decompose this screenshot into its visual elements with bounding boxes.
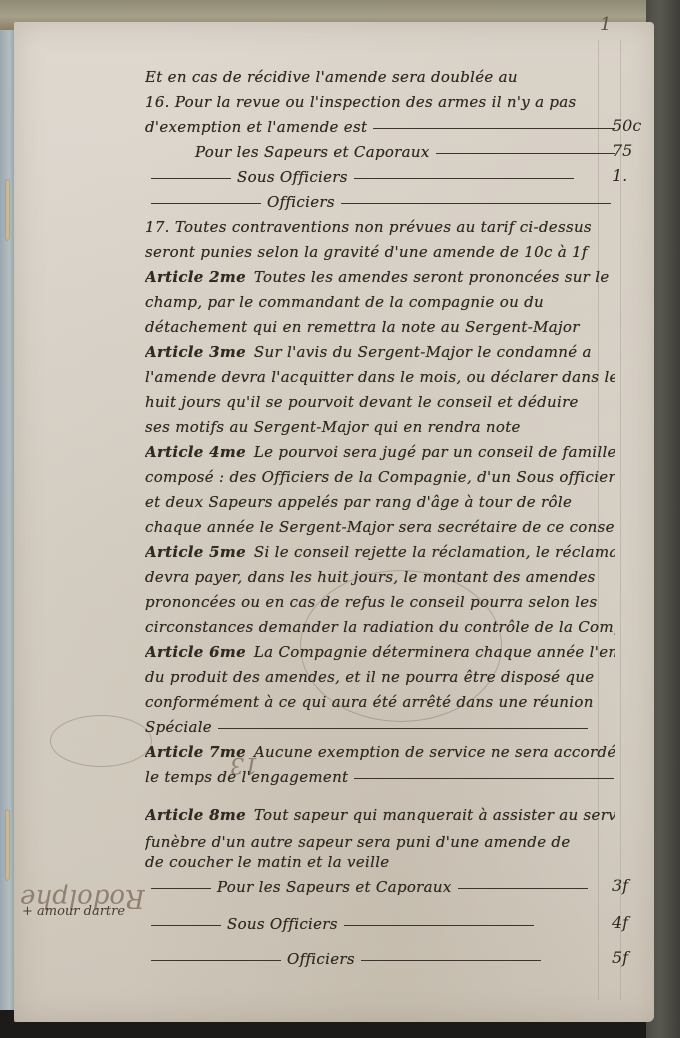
article-line: Article 5meSi le conseil rejette la récl…	[145, 543, 615, 565]
text-line: 16. Pour la revue ou l'inspection des ar…	[145, 93, 615, 115]
line-text: le temps de l'engagement	[145, 768, 348, 786]
line-text: Sous Officiers	[227, 915, 338, 933]
article-line: Article 7meAucune exemption de service n…	[145, 743, 615, 765]
text-line: Pour les Sapeurs et Caporaux	[145, 878, 615, 900]
fine-amount: 4f	[612, 913, 652, 932]
line-text: huit jours qu'il se pourvoit devant le c…	[145, 393, 579, 411]
text-line: prononcées ou en cas de refus le conseil…	[145, 593, 615, 615]
line-text: 16. Pour la revue ou l'inspection des ar…	[145, 93, 577, 111]
binding-stitch	[6, 180, 9, 240]
line-text: Et en cas de récidive l'amende sera doub…	[145, 68, 518, 86]
fine-amount: 50c	[612, 116, 652, 135]
text-line: Et en cas de récidive l'amende sera doub…	[145, 68, 615, 90]
line-text: circonstances demander la radiation du c…	[145, 618, 615, 636]
line-text: conformément à ce qui aura été arrêté da…	[145, 693, 594, 711]
leader-rule	[151, 925, 221, 926]
faint-stamp	[50, 715, 152, 767]
line-text: Officiers	[267, 193, 335, 211]
text-line: ses motifs au Sergent-Major qui en rendr…	[145, 418, 615, 440]
text-line: de coucher le matin et la veille	[145, 853, 615, 875]
fine-amount: 1.	[612, 166, 652, 185]
text-line: circonstances demander la radiation du c…	[145, 618, 615, 640]
text-line: et deux Sapeurs appelés par rang d'âge à…	[145, 493, 615, 515]
line-text: Le pourvoi sera jugé par un conseil de f…	[254, 443, 615, 461]
article-line: Article 4meLe pourvoi sera jugé par un c…	[145, 443, 615, 465]
line-text: du produit des amendes, et il ne pourra …	[145, 668, 594, 686]
line-text: Spéciale	[145, 718, 212, 736]
text-line: du produit des amendes, et il ne pourra …	[145, 668, 615, 690]
text-line: Spéciale	[145, 718, 615, 740]
line-text: et deux Sapeurs appelés par rang d'âge à…	[145, 493, 572, 511]
article-line: Article 2meToutes les amendes seront pro…	[145, 268, 615, 290]
leader-rule	[373, 128, 615, 129]
line-text: composé : des Officiers de la Compagnie,…	[145, 468, 615, 486]
text-line: d'exemption et l'amende est	[145, 118, 615, 140]
article-line: Article 3meSur l'avis du Sergent-Major l…	[145, 343, 615, 365]
text-line: Sous Officiers	[145, 915, 615, 937]
line-text: prononcées ou en cas de refus le conseil…	[145, 593, 597, 611]
line-text: Sous Officiers	[237, 168, 348, 186]
text-line: chaque année le Sergent-Major sera secré…	[145, 518, 615, 540]
leader-rule	[436, 153, 615, 154]
article-heading: Article 3me	[145, 343, 246, 361]
line-text: chaque année le Sergent-Major sera secré…	[145, 518, 615, 536]
line-text: Sur l'avis du Sergent-Major le condamné …	[254, 343, 592, 361]
leader-rule	[361, 960, 541, 961]
line-text: Si le conseil rejette la réclamation, le…	[254, 543, 615, 561]
article-heading: Article 7me	[145, 743, 246, 761]
leader-rule	[341, 203, 611, 204]
line-text: d'exemption et l'amende est	[145, 118, 367, 136]
leader-rule	[151, 888, 211, 889]
text-line: Pour les Sapeurs et Caporaux	[145, 143, 615, 165]
text-line: conformément à ce qui aura été arrêté da…	[145, 693, 615, 715]
article-line: Article 6meLa Compagnie déterminera chaq…	[145, 643, 615, 665]
line-text: Aucune exemption de service ne sera acco…	[254, 743, 615, 761]
article-heading: Article 2me	[145, 268, 246, 286]
leader-rule	[151, 203, 261, 204]
text-line: devra payer, dans les huit jours, le mon…	[145, 568, 615, 590]
leader-rule	[354, 178, 574, 179]
line-text: Toutes les amendes seront prononcées sur…	[254, 268, 610, 286]
text-line: Officiers	[145, 193, 615, 215]
article-line: Article 8meTout sapeur qui manquerait à …	[145, 806, 615, 828]
line-text: détachement qui en remettra la note au S…	[145, 318, 580, 336]
fine-amount: 75	[612, 141, 652, 160]
line-text: funèbre d'un autre sapeur sera puni d'un…	[145, 833, 571, 851]
text-line: seront punies selon la gravité d'une ame…	[145, 243, 615, 265]
text-line: funèbre d'un autre sapeur sera puni d'un…	[145, 833, 615, 855]
text-line: Sous Officiers	[145, 168, 615, 190]
line-text: Pour les Sapeurs et Caporaux	[217, 878, 452, 896]
line-text: 17. Toutes contraventions non prévues au…	[145, 218, 592, 236]
text-line: huit jours qu'il se pourvoit devant le c…	[145, 393, 615, 415]
article-heading: Article 5me	[145, 543, 246, 561]
text-line: le temps de l'engagement	[145, 768, 615, 790]
leader-rule	[151, 178, 231, 179]
line-text: Officiers	[287, 950, 355, 968]
line-text: l'amende devra l'acquitter dans le mois,…	[145, 368, 615, 386]
text-line: 17. Toutes contraventions non prévues au…	[145, 218, 615, 240]
line-text: Tout sapeur qui manquerait à assister au…	[254, 806, 615, 824]
line-text: champ, par le commandant de la compagnie…	[145, 293, 544, 311]
binding-stitch	[6, 810, 9, 880]
line-text: seront punies selon la gravité d'une ame…	[145, 243, 588, 261]
text-line: champ, par le commandant de la compagnie…	[145, 293, 615, 315]
leader-rule	[151, 960, 281, 961]
article-heading: Article 8me	[145, 806, 246, 824]
fine-amount: 5f	[612, 948, 652, 967]
text-line: composé : des Officiers de la Compagnie,…	[145, 468, 615, 490]
leader-rule	[458, 888, 588, 889]
fine-amount: 3f	[612, 876, 652, 895]
leader-rule	[218, 728, 588, 729]
margin-annotation: + amour dartre	[22, 904, 125, 919]
article-heading: Article 4me	[145, 443, 246, 461]
text-line: détachement qui en remettra la note au S…	[145, 318, 615, 340]
page-marker: 1	[600, 14, 611, 35]
line-text: de coucher le matin et la veille	[145, 853, 389, 871]
line-text: ses motifs au Sergent-Major qui en rendr…	[145, 418, 521, 436]
line-text: devra payer, dans les huit jours, le mon…	[145, 568, 596, 586]
line-text: La Compagnie déterminera chaque année l'…	[254, 643, 615, 661]
text-line: Officiers	[145, 950, 615, 972]
line-text: Pour les Sapeurs et Caporaux	[195, 143, 430, 161]
text-line: l'amende devra l'acquitter dans le mois,…	[145, 368, 615, 390]
leader-rule	[344, 925, 534, 926]
article-heading: Article 6me	[145, 643, 246, 661]
leader-rule	[354, 778, 614, 779]
